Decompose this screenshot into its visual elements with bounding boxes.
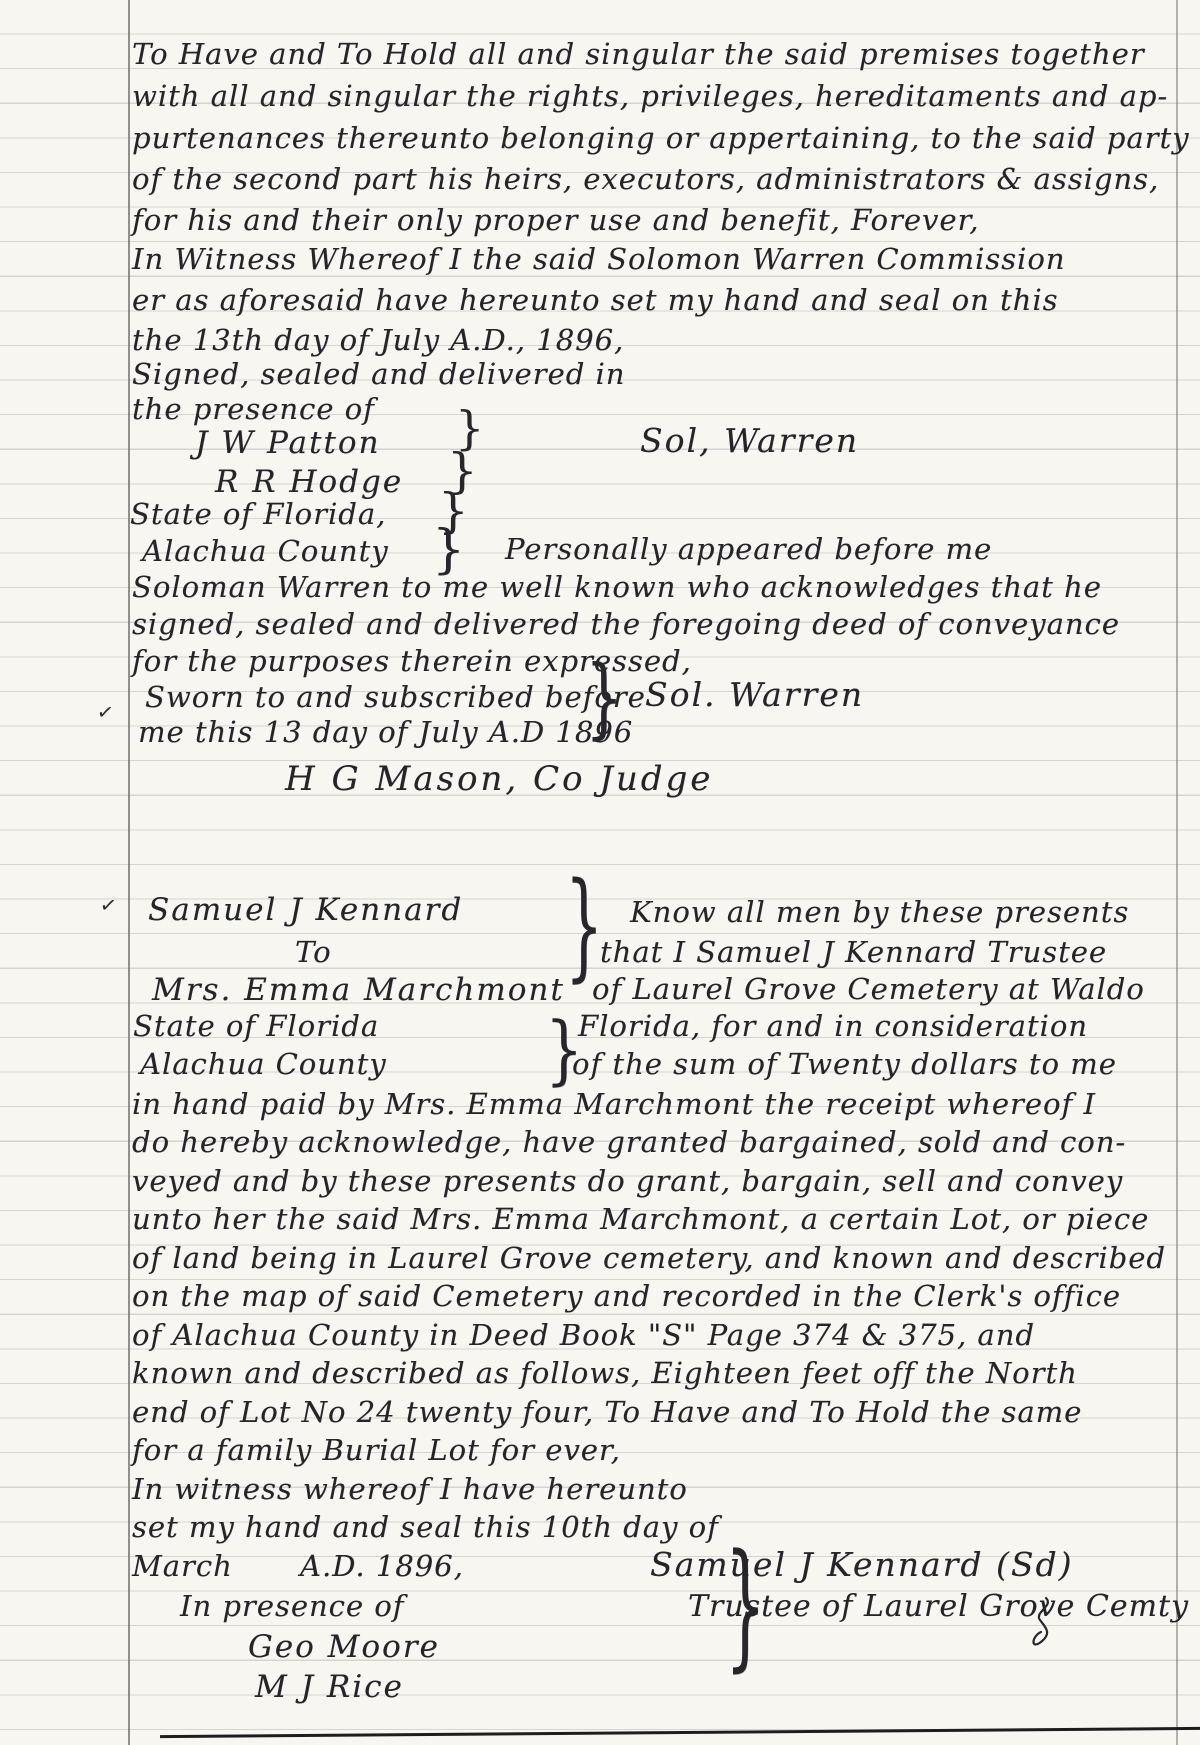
- county-caption: Alachua County: [142, 537, 389, 566]
- right-margin-line: [1176, 0, 1178, 1745]
- witness-signature: Geo Moore: [248, 1632, 440, 1663]
- deed1-body-line: In Witness Whereof I the said Solomon Wa…: [132, 245, 1065, 274]
- deed2-grantor-name: Samuel J Kennard: [148, 895, 463, 926]
- acknowledgment-line: signed, sealed and delivered the foregoi…: [132, 610, 1120, 639]
- deed2-to-label: To: [295, 938, 332, 967]
- deed2-body-line: of Alachua County in Deed Book "S" Page …: [132, 1321, 1035, 1350]
- county-caption: Alachua County: [140, 1050, 387, 1079]
- witness-signature: R R Hodge: [215, 467, 403, 498]
- deed1-body-line: the presence of: [132, 395, 375, 424]
- officer-signature: H G Mason, Co Judge: [285, 762, 713, 796]
- deed2-body-line: of land being in Laurel Grove cemetery, …: [132, 1244, 1166, 1273]
- state-caption: State of Florida,: [130, 500, 386, 529]
- deed2-body-line: end of Lot No 24 twenty four, To Have an…: [132, 1398, 1082, 1427]
- left-margin-line: [128, 0, 130, 1745]
- page-bottom-edge: [160, 1727, 1200, 1738]
- deed2-opening-line: of Laurel Grove Cemetery at Waldo: [592, 975, 1145, 1004]
- witness-signature: J W Patton: [195, 428, 381, 459]
- deed1-body-line: To Have and To Hold all and singular the…: [132, 40, 1145, 69]
- affiant-signature: Sol. Warren: [645, 678, 864, 711]
- deed2-body-line: set my hand and seal this 10th day of: [132, 1513, 719, 1542]
- deed1-body-line: with all and singular the rights, privil…: [132, 82, 1168, 111]
- deed1-body-line: er as aforesaid have hereunto set my han…: [132, 286, 1059, 315]
- jurat-line: Sworn to and subscribed before: [145, 683, 646, 712]
- brace: }: [565, 868, 603, 985]
- deed1-body-line: of the second part his heirs, executors,…: [132, 165, 1159, 194]
- jurat-line: me this 13 day of July A.D 1896: [138, 718, 633, 747]
- deed2-body-line: do hereby acknowledge, have granted barg…: [132, 1128, 1126, 1157]
- grantor-signature: Samuel J Kennard (Sd): [650, 1548, 1073, 1581]
- presence-label: In presence of: [180, 1592, 404, 1621]
- deed2-body-line: In witness whereof I have hereunto: [132, 1475, 688, 1504]
- brace: }: [585, 655, 623, 742]
- deed1-body-line: purtenances thereunto belonging or apper…: [132, 124, 1190, 153]
- acknowledgment-line: Soloman Warren to me well known who ackn…: [132, 573, 1102, 602]
- deed2-opening-line: Know all men by these presents: [630, 898, 1129, 927]
- deed2-body-line: known and described as follows, Eighteen…: [132, 1359, 1078, 1388]
- margin-checkmark: ✓: [98, 892, 118, 918]
- deed2-opening-line: of the sum of Twenty dollars to me: [572, 1050, 1117, 1079]
- grantor-title: Trustee of Laurel Grove Cemty: [688, 1592, 1189, 1622]
- acknowledgment-intro: Personally appeared before me: [505, 535, 992, 564]
- deed1-body-line: for his and their only proper use and be…: [132, 206, 979, 235]
- deed2-opening-line: Florida, for and in consideration: [578, 1012, 1088, 1041]
- brace: }: [432, 524, 465, 576]
- deed2-body-line: in hand paid by Mrs. Emma Marchmont the …: [132, 1090, 1096, 1119]
- deed1-body-line: the 13th day of July A.D., 1896,: [132, 326, 624, 355]
- execution-month: March: [132, 1552, 233, 1581]
- deed2-body-line: veyed and by these presents do grant, ba…: [132, 1167, 1123, 1196]
- grantor-signature: Sol, Warren: [640, 424, 859, 457]
- execution-year: A.D. 1896,: [300, 1552, 464, 1581]
- deed2-opening-line: that I Samuel J Kennard Trustee: [600, 938, 1107, 967]
- signature-flourish: [1022, 1596, 1056, 1656]
- witness-signature: M J Rice: [255, 1672, 404, 1703]
- deed2-body-line: unto her the said Mrs. Emma Marchmont, a…: [132, 1205, 1149, 1234]
- deed-book-page: To Have and To Hold all and singular the…: [0, 0, 1200, 1745]
- deed2-grantee-name: Mrs. Emma Marchmont: [152, 975, 565, 1006]
- deed1-body-line: Signed, sealed and delivered in: [132, 360, 625, 389]
- deed2-body-line: on the map of said Cemetery and recorded…: [132, 1282, 1121, 1311]
- deed2-body-line: for a family Burial Lot for ever,: [132, 1436, 621, 1465]
- state-caption: State of Florida: [133, 1012, 379, 1041]
- margin-checkmark: ✓: [95, 699, 115, 725]
